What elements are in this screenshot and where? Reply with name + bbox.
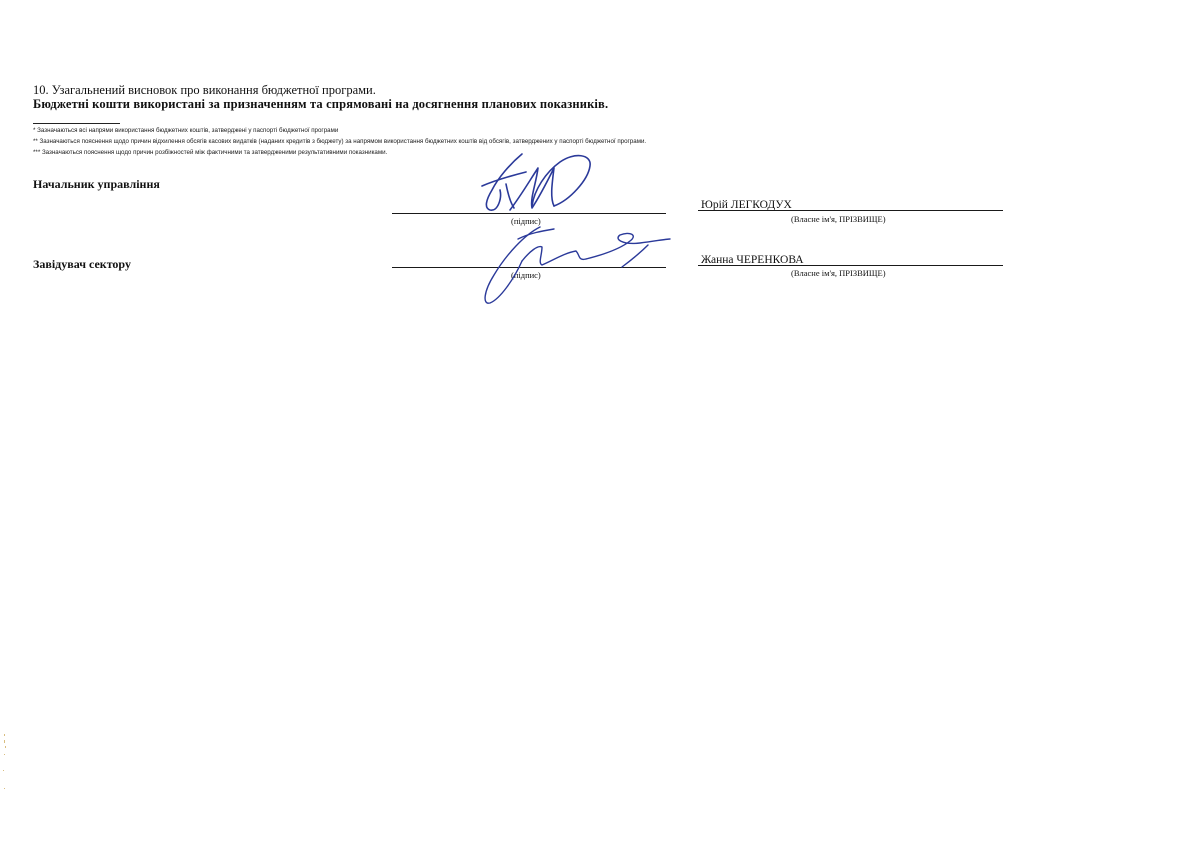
footnote-2: ** Зазначаються пояснення щодо причин ві… xyxy=(33,138,646,145)
signature-line-sector xyxy=(392,267,666,268)
scan-artifact xyxy=(2,730,8,800)
signatory-role-head: Начальник управління xyxy=(33,177,160,192)
footnote-1: * Зазначаються всі напрями використання … xyxy=(33,127,338,134)
handwritten-signature-head xyxy=(470,150,610,220)
signatory-role-sector: Завідувач сектору xyxy=(33,257,131,272)
name-caption-sector: (Власне ім'я, ПРІЗВИЩЕ) xyxy=(791,268,886,278)
conclusion-text: Бюджетні кошти використані за призначенн… xyxy=(33,97,608,112)
name-line-sector xyxy=(698,265,1003,266)
name-line-head xyxy=(698,210,1003,211)
footnote-divider xyxy=(33,123,120,124)
signature-caption-head: (підпис) xyxy=(511,216,541,226)
section-title: 10. Узагальнений висновок про виконання … xyxy=(33,83,376,98)
signature-caption-sector: (підпис) xyxy=(511,270,541,280)
footnote-3: *** Зазначаються пояснення щодо причин р… xyxy=(33,149,387,156)
name-caption-head: (Власне ім'я, ПРІЗВИЩЕ) xyxy=(791,214,886,224)
signature-line-head xyxy=(392,213,666,214)
